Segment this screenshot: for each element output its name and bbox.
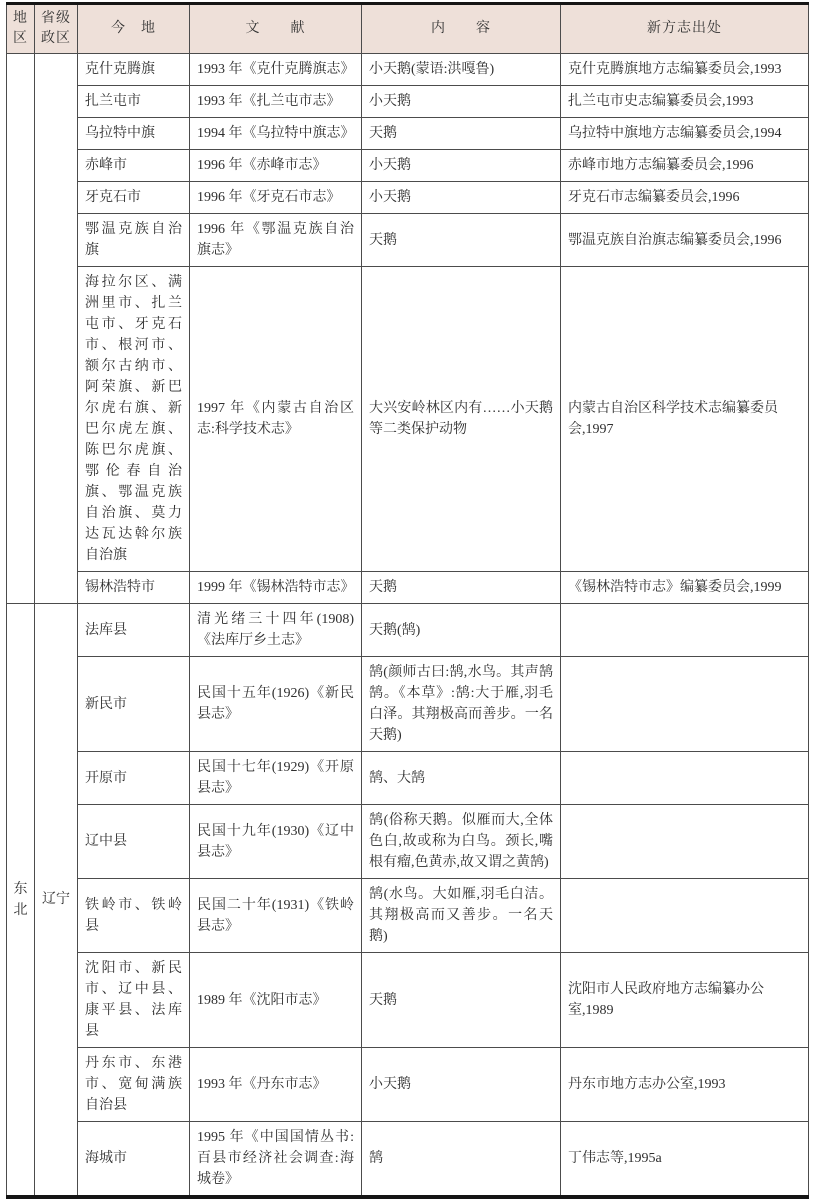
cell-content: 小天鹅 [362, 182, 561, 214]
table-row: 新民市民国十五年(1926)《新民县志》鹄(颜师古曰:鹄,水鸟。其声鹄鹄。《本草… [7, 657, 809, 752]
table-row: 鄂温克族自治旗1996 年《鄂温克族自治旗志》天鹅鄂温克族自治旗志编纂委员会,1… [7, 214, 809, 267]
cell-content: 小天鹅 [362, 150, 561, 182]
cell-citation [561, 752, 809, 805]
cell-place: 开原市 [78, 752, 190, 805]
cell-citation: 乌拉特中旗地方志编纂委员会,1994 [561, 118, 809, 150]
cell-place: 扎兰屯市 [78, 86, 190, 118]
cell-source: 清光绪三十四年(1908)《法库厅乡土志》 [190, 604, 362, 657]
cell-content: 天鹅 [362, 214, 561, 267]
cell-citation: 赤峰市地方志编纂委员会,1996 [561, 150, 809, 182]
cell-place: 沈阳市、新民市、辽中县、康平县、法库县 [78, 953, 190, 1048]
document-page: 地区 省级政区 今 地 文 献 内 容 新方志出处 克什克腾旗1993 年《克什… [6, 2, 809, 1159]
header-row: 地区 省级政区 今 地 文 献 内 容 新方志出处 [7, 4, 809, 54]
table-row: 铁岭市、铁岭县民国二十年(1931)《铁岭县志》鹄(水鸟。大如雁,羽毛白洁。其翔… [7, 879, 809, 953]
table-row: 牙克石市1996 年《牙克石市志》小天鹅牙克石市志编纂委员会,1996 [7, 182, 809, 214]
cell-content: 鹄、大鹄 [362, 752, 561, 805]
cell-citation [561, 657, 809, 752]
header-source: 文 献 [190, 4, 362, 54]
cell-place: 乌拉特中旗 [78, 118, 190, 150]
cell-citation [561, 879, 809, 953]
cell-citation: 《锡林浩特市志》编纂委员会,1999 [561, 572, 809, 604]
province-cell [35, 54, 78, 604]
table-body: 克什克腾旗1993 年《克什克腾旗志》小天鹅(蒙语:洪嘎鲁)克什克腾旗地方志编纂… [7, 54, 809, 1160]
cell-content: 鹄(水鸟。大如雁,羽毛白洁。其翔极高而又善步。一名天鹅) [362, 879, 561, 953]
cell-place: 铁岭市、铁岭县 [78, 879, 190, 953]
cell-source: 民国十七年(1929)《开原县志》 [190, 752, 362, 805]
table-header: 地区 省级政区 今 地 文 献 内 容 新方志出处 [7, 4, 809, 54]
cell-content: 大兴安岭林区内有……小天鹅等二类保护动物 [362, 267, 561, 572]
cell-source: 民国十九年(1930)《辽中县志》 [190, 805, 362, 879]
header-content: 内 容 [362, 4, 561, 54]
cell-source: 民国二十年(1931)《铁岭县志》 [190, 879, 362, 953]
header-province: 省级政区 [35, 4, 78, 54]
cell-content: 小天鹅 [362, 86, 561, 118]
cell-citation: 牙克石市志编纂委员会,1996 [561, 182, 809, 214]
cell-source: 1994 年《乌拉特中旗志》 [190, 118, 362, 150]
table-row: 扎兰屯市1993 年《扎兰屯市志》小天鹅扎兰屯市史志编纂委员会,1993 [7, 86, 809, 118]
cell-source: 1996 年《鄂温克族自治旗志》 [190, 214, 362, 267]
table-row: 东北辽宁法库县清光绪三十四年(1908)《法库厅乡土志》天鹅(鹄) [7, 604, 809, 657]
cell-source: 1989 年《沈阳市志》 [190, 953, 362, 1048]
table-row: 辽中县民国十九年(1930)《辽中县志》鹄(俗称天鹅。似雁而大,全体色白,故或称… [7, 805, 809, 879]
cell-place: 辽中县 [78, 805, 190, 879]
gazetteer-table: 地区 省级政区 今 地 文 献 内 容 新方志出处 克什克腾旗1993 年《克什… [6, 2, 809, 1159]
cell-citation: 丹东市地方志办公室,1993 [561, 1048, 809, 1122]
table-row: 沈阳市、新民市、辽中县、康平县、法库县1989 年《沈阳市志》天鹅沈阳市人民政府… [7, 953, 809, 1048]
cell-content: 鹄(俗称天鹅。似雁而大,全体色白,故或称为白鸟。颈长,嘴根有瘤,色黄赤,故又谓之… [362, 805, 561, 879]
cell-place: 牙克石市 [78, 182, 190, 214]
cell-content: 天鹅 [362, 118, 561, 150]
cell-citation: 丁伟志等,1995a [561, 1122, 809, 1160]
cell-citation: 沈阳市人民政府地方志编纂办公室,1989 [561, 953, 809, 1048]
cell-place: 克什克腾旗 [78, 54, 190, 86]
table-row: 丹东市、东港市、宽甸满族自治县1993 年《丹东市志》小天鹅丹东市地方志办公室,… [7, 1048, 809, 1122]
table-row: 克什克腾旗1993 年《克什克腾旗志》小天鹅(蒙语:洪嘎鲁)克什克腾旗地方志编纂… [7, 54, 809, 86]
cell-place: 法库县 [78, 604, 190, 657]
header-citation: 新方志出处 [561, 4, 809, 54]
cell-content: 天鹅 [362, 953, 561, 1048]
province-cell: 辽宁 [35, 604, 78, 1160]
cell-place: 海城市 [78, 1122, 190, 1160]
cell-source: 1999 年《锡林浩特市志》 [190, 572, 362, 604]
cell-citation: 扎兰屯市史志编纂委员会,1993 [561, 86, 809, 118]
cell-source: 1996 年《牙克石市志》 [190, 182, 362, 214]
cell-place: 锡林浩特市 [78, 572, 190, 604]
cell-source: 1993 年《丹东市志》 [190, 1048, 362, 1122]
table-row: 开原市民国十七年(1929)《开原县志》鹄、大鹄 [7, 752, 809, 805]
header-place: 今 地 [78, 4, 190, 54]
cell-place: 丹东市、东港市、宽甸满族自治县 [78, 1048, 190, 1122]
cell-content: 鹄(颜师古曰:鹄,水鸟。其声鹄鹄。《本草》:鹄:大于雁,羽毛白泽。其翔极高而善步… [362, 657, 561, 752]
table-row: 海拉尔区、满洲里市、扎兰屯市、牙克石市、根河市、额尔古纳市、阿荣旗、新巴尔虎右旗… [7, 267, 809, 572]
cell-place: 新民市 [78, 657, 190, 752]
cell-place: 鄂温克族自治旗 [78, 214, 190, 267]
region-cell [7, 54, 35, 604]
cell-source: 1993 年《克什克腾旗志》 [190, 54, 362, 86]
cell-place: 海拉尔区、满洲里市、扎兰屯市、牙克石市、根河市、额尔古纳市、阿荣旗、新巴尔虎右旗… [78, 267, 190, 572]
cell-place: 赤峰市 [78, 150, 190, 182]
cell-source: 1996 年《赤峰市志》 [190, 150, 362, 182]
table-row: 锡林浩特市1999 年《锡林浩特市志》天鹅《锡林浩特市志》编纂委员会,1999 [7, 572, 809, 604]
cell-citation [561, 604, 809, 657]
cell-citation: 内蒙古自治区科学技术志编纂委员会,1997 [561, 267, 809, 572]
cell-citation [561, 805, 809, 879]
table-row: 海城市1995 年《中国国情丛书:百县市经济社会调查:海城卷》鹄丁伟志等,199… [7, 1122, 809, 1160]
table-row: 乌拉特中旗1994 年《乌拉特中旗志》天鹅乌拉特中旗地方志编纂委员会,1994 [7, 118, 809, 150]
cell-citation: 克什克腾旗地方志编纂委员会,1993 [561, 54, 809, 86]
cell-source: 1997 年《内蒙古自治区志:科学技术志》 [190, 267, 362, 572]
cell-content: 天鹅 [362, 572, 561, 604]
cell-citation: 鄂温克族自治旗志编纂委员会,1996 [561, 214, 809, 267]
table-row: 赤峰市1996 年《赤峰市志》小天鹅赤峰市地方志编纂委员会,1996 [7, 150, 809, 182]
cell-content: 天鹅(鹄) [362, 604, 561, 657]
cell-content: 小天鹅(蒙语:洪嘎鲁) [362, 54, 561, 86]
cell-source: 1995 年《中国国情丛书:百县市经济社会调查:海城卷》 [190, 1122, 362, 1160]
header-region: 地区 [7, 4, 35, 54]
cell-source: 1993 年《扎兰屯市志》 [190, 86, 362, 118]
cell-content: 鹄 [362, 1122, 561, 1160]
region-cell: 东北 [7, 604, 35, 1160]
cell-source: 民国十五年(1926)《新民县志》 [190, 657, 362, 752]
cell-content: 小天鹅 [362, 1048, 561, 1122]
